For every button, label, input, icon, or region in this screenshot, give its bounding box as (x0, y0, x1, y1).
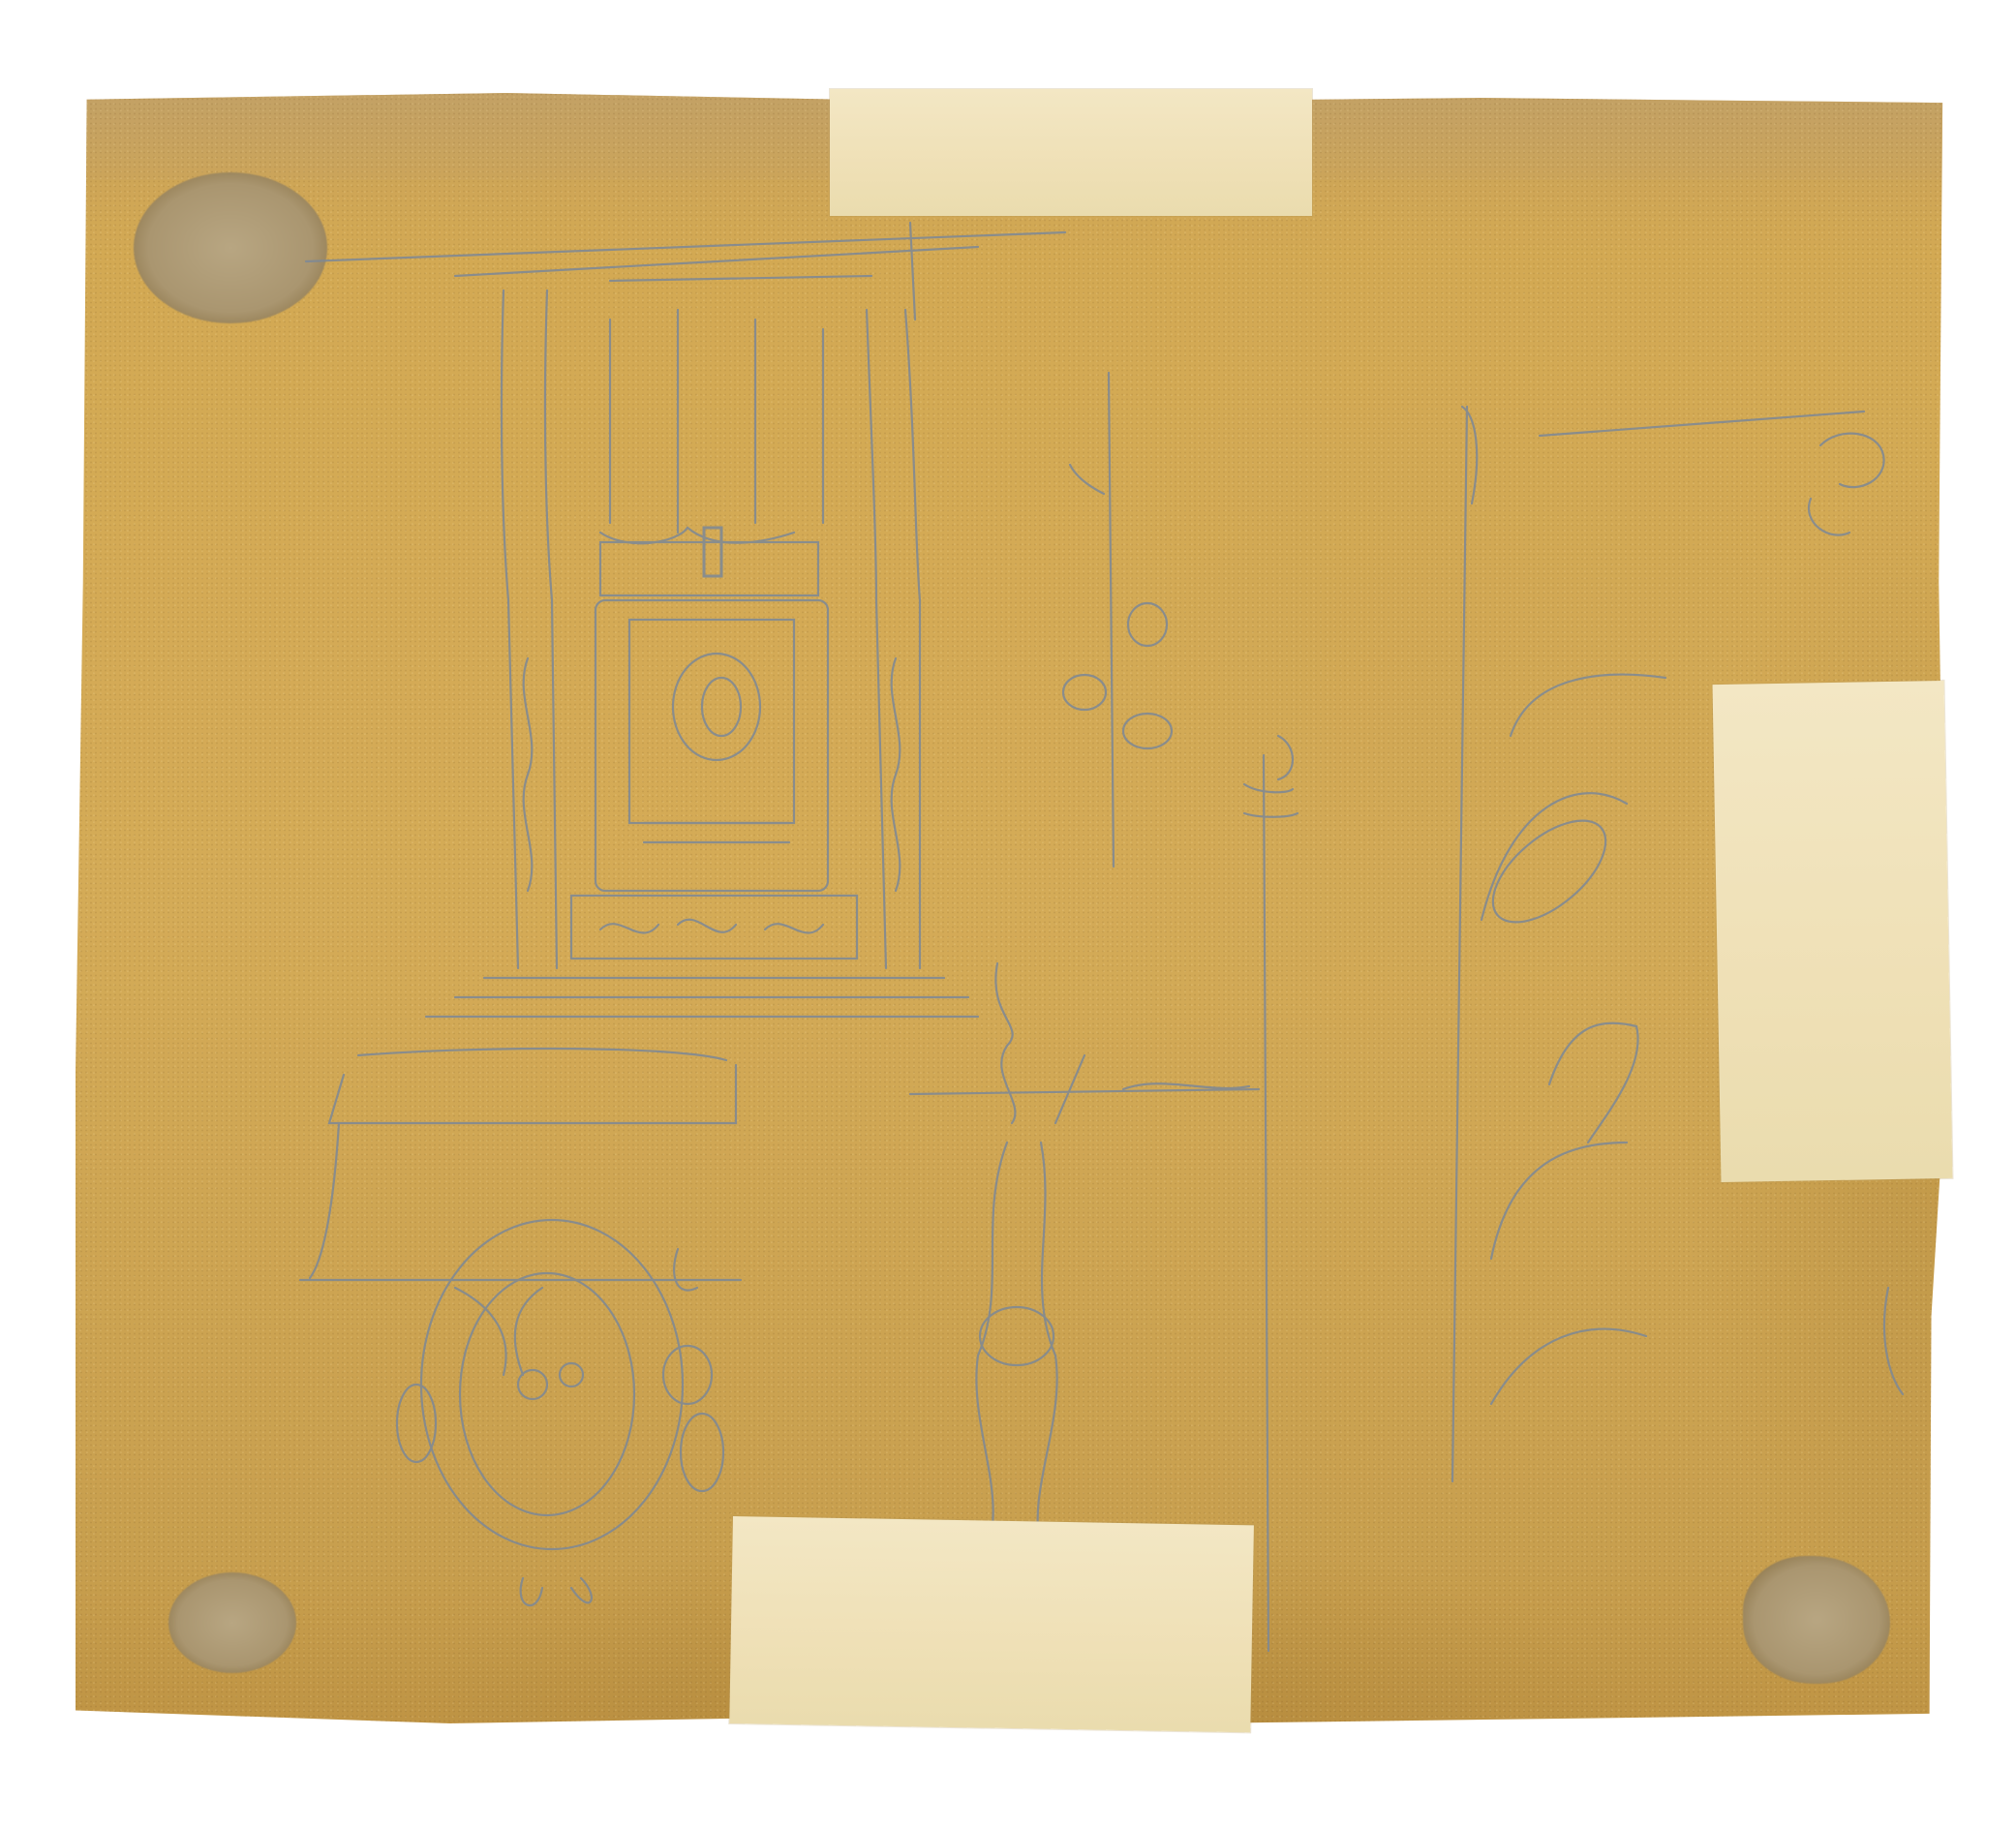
right-tape (1713, 681, 1953, 1182)
scanned-drawing (0, 0, 2016, 1828)
bottom-tape (729, 1516, 1254, 1732)
top-tape (830, 89, 1312, 216)
